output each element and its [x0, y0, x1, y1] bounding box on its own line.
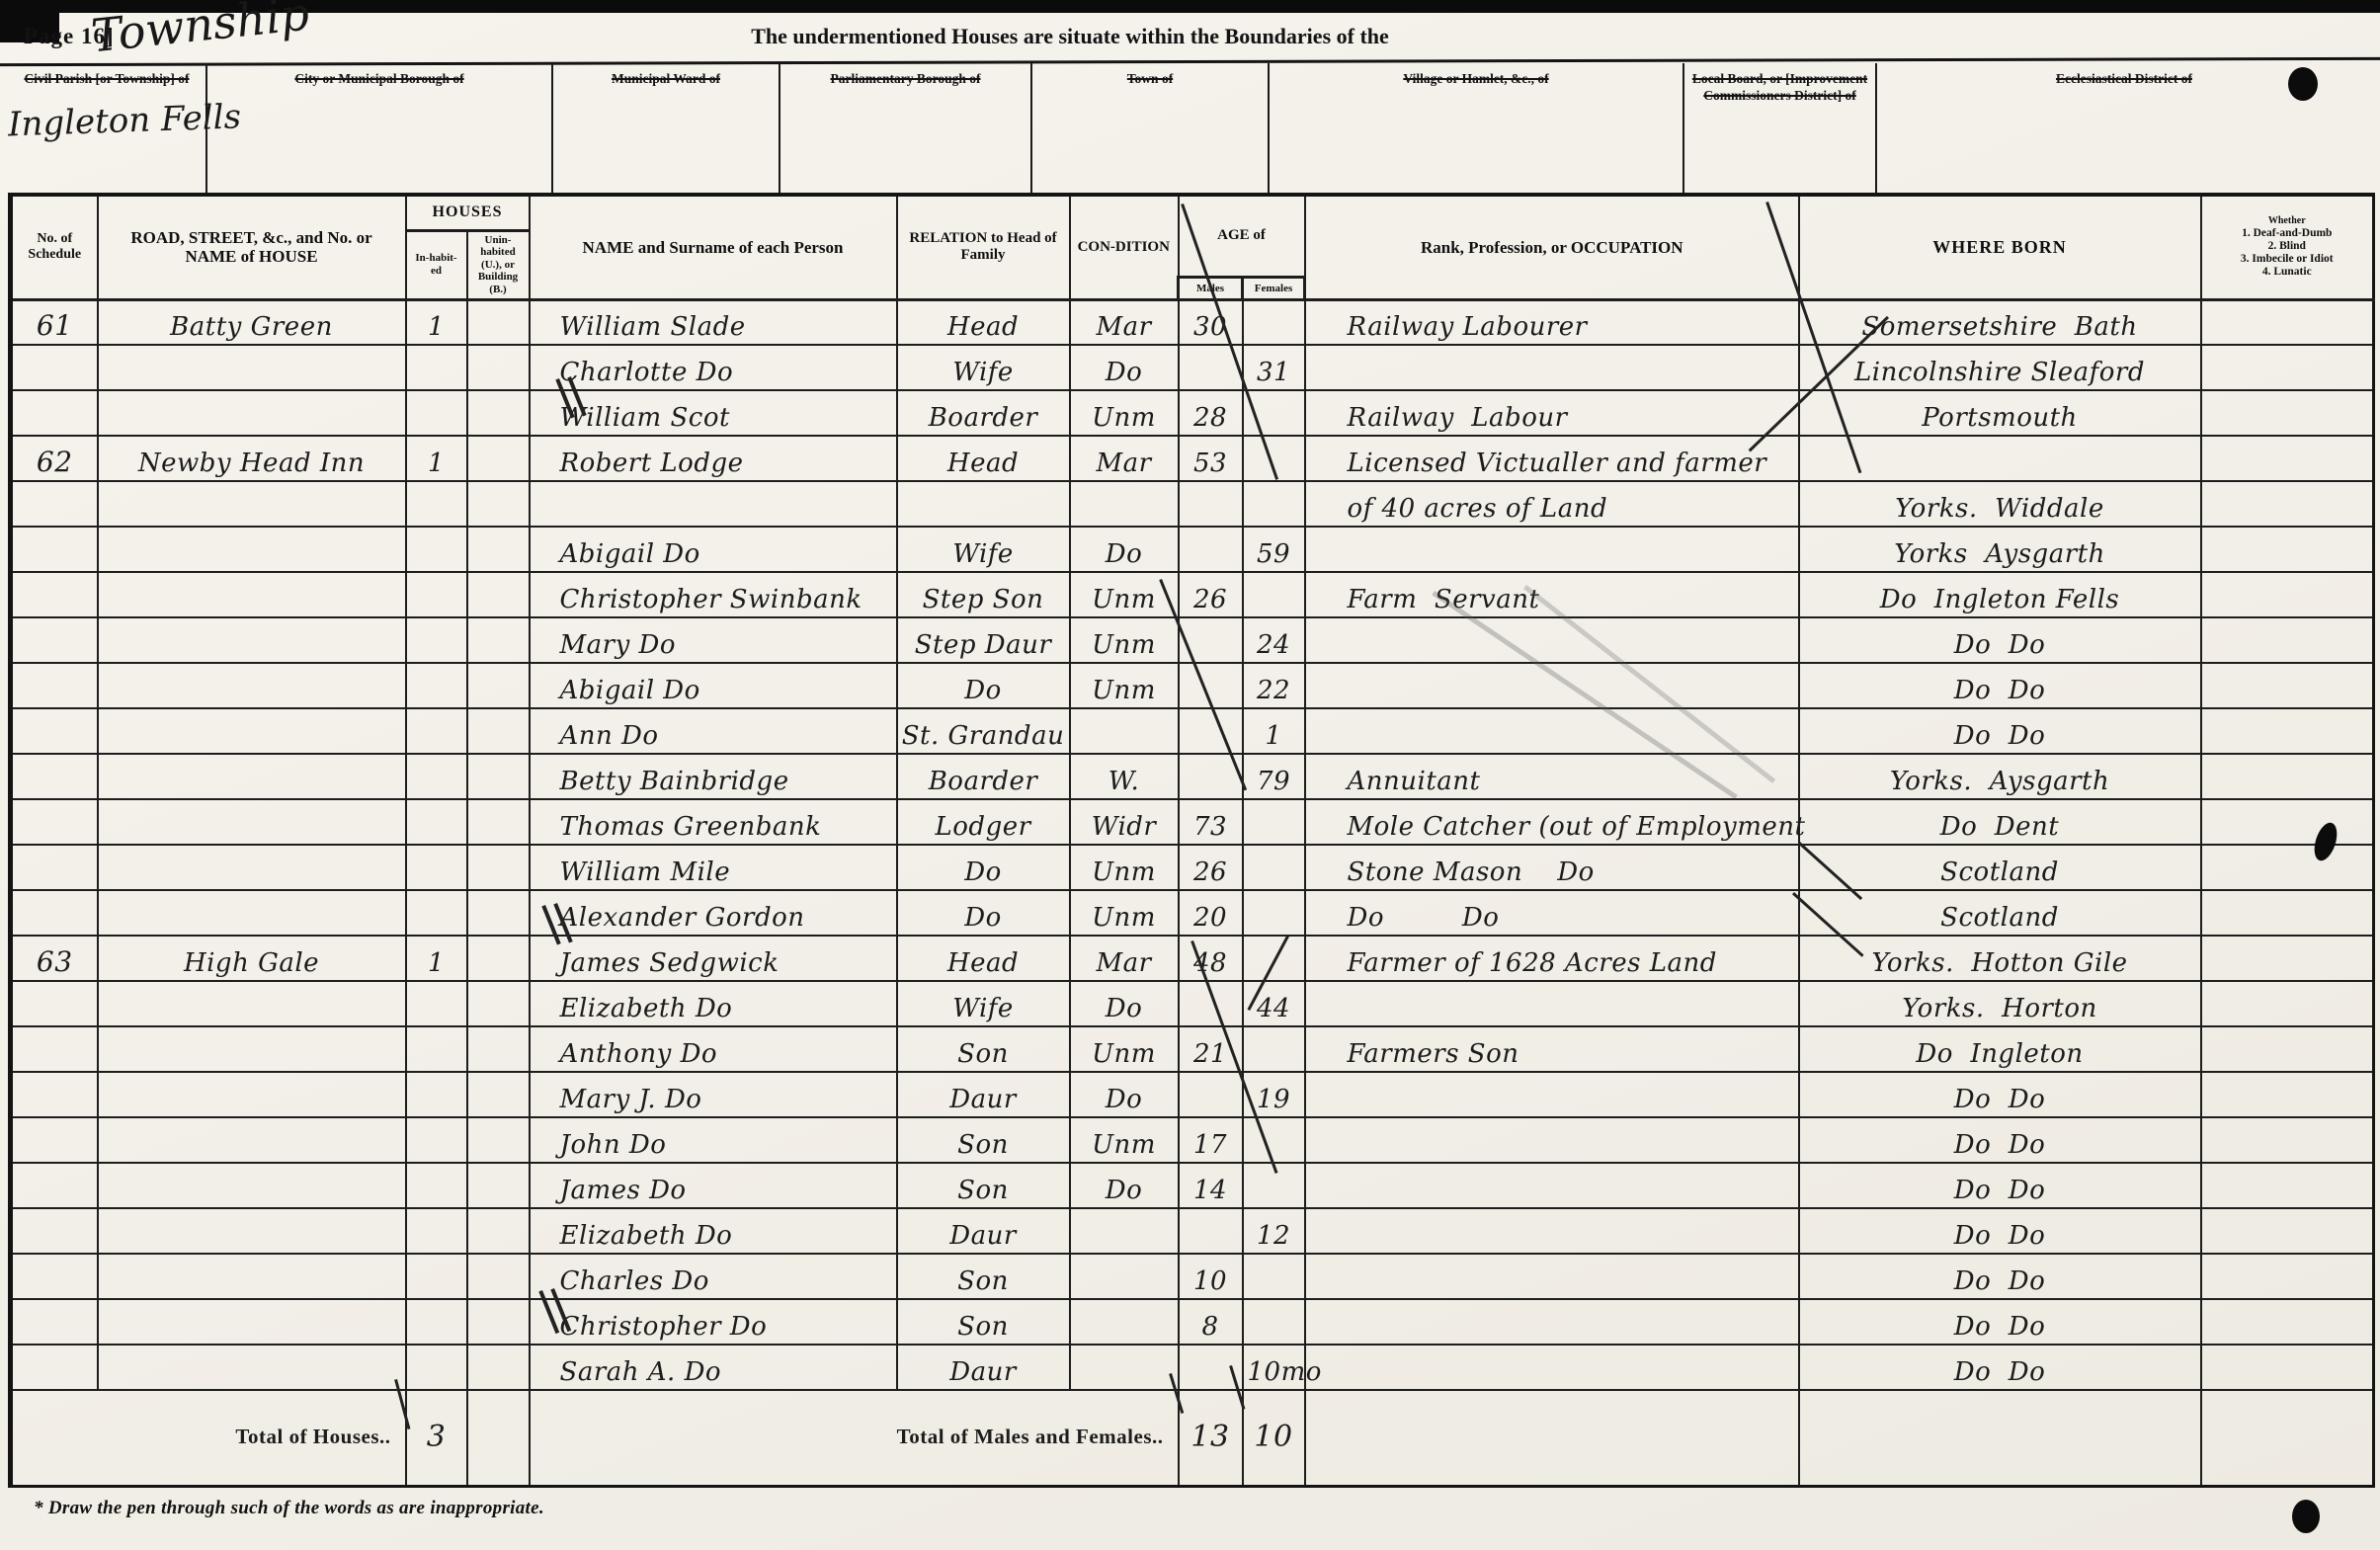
cell-condition: Unm [1070, 1026, 1179, 1072]
cell-infirmity [2201, 572, 2374, 617]
cell-occupation: Farmer of 1628 Acres Land [1305, 936, 1799, 981]
cell-road [98, 1254, 406, 1299]
cell-relation: Do [897, 890, 1070, 936]
cell-where-born: Do Do [1799, 1163, 2201, 1208]
boundary-column-label: Ecclesiastical District of [2056, 71, 2192, 88]
cell-occupation: Stone Mason Do [1305, 845, 1799, 890]
cell-schedule [11, 1072, 98, 1117]
cell-uninhabited [467, 299, 530, 345]
cell-age-male: 14 [1179, 1163, 1243, 1208]
boundary-column: Local Board, or [Improvement Commissione… [1682, 63, 1875, 193]
cell-where-born: Scotland [1799, 890, 2201, 936]
cell-where-born: Scotland [1799, 845, 2201, 890]
cell-name: Mary Do [530, 617, 897, 663]
total-houses-value: 3 [406, 1390, 467, 1486]
cell-relation: Head [897, 436, 1070, 481]
cell-uninhabited [467, 1163, 530, 1208]
cell-where-born: Do Do [1799, 617, 2201, 663]
cell-condition: Mar [1070, 299, 1179, 345]
cell-condition: Unm [1070, 890, 1179, 936]
cell-condition [1070, 708, 1179, 754]
cell-relation: Do [897, 845, 1070, 890]
cell-where-born: Do Do [1799, 1117, 2201, 1163]
cell-where-born: Do Do [1799, 708, 2201, 754]
cell-age-male: 10 [1179, 1254, 1243, 1299]
boundary-column-label: Village or Hamlet, &c., of [1403, 71, 1548, 88]
cell-inhabited [406, 1117, 467, 1163]
cell-uninhabited [467, 845, 530, 890]
cell-road: Batty Green [98, 299, 406, 345]
cell-occupation [1305, 1345, 1799, 1390]
table-row: Ann Do St. Grandau 1 Do Do [11, 708, 2374, 754]
cell-name: Robert Lodge [530, 436, 897, 481]
cell-relation: Daur [897, 1345, 1070, 1390]
cell-condition: Do [1070, 981, 1179, 1026]
cell-uninhabited [467, 345, 530, 390]
cell-infirmity [2201, 890, 2374, 936]
cell-road [98, 799, 406, 845]
cell-condition: Mar [1070, 436, 1179, 481]
cell-inhabited [406, 708, 467, 754]
cell-uninhabited [467, 890, 530, 936]
cell-age-female: 31 [1243, 345, 1305, 390]
table-row: Abigail Do Wife Do 59 Yorks Aysgarth [11, 527, 2374, 572]
cell-age-female: 1 [1243, 708, 1305, 754]
cell-age-female [1243, 436, 1305, 481]
cell-where-born: Do Do [1799, 1208, 2201, 1254]
table-row: Christopher Swinbank Step Son Unm 26 Far… [11, 572, 2374, 617]
cell-name: James Sedgwick [530, 936, 897, 981]
cell-road [98, 345, 406, 390]
cell-age-male [1179, 617, 1243, 663]
boundary-column-value [1270, 95, 1682, 110]
total-males-value: 13 [1179, 1390, 1243, 1486]
cell-age-female [1243, 799, 1305, 845]
cell-occupation [1305, 708, 1799, 754]
cell-infirmity [2201, 663, 2374, 708]
top-edge-bar [0, 0, 2380, 13]
cell-name: Christopher Swinbank [530, 572, 897, 617]
cell-relation [897, 481, 1070, 527]
table-row: 62 Newby Head Inn 1 Robert Lodge Head Ma… [11, 436, 2374, 481]
cell-where-born: Somersetshire Bath [1799, 299, 2201, 345]
cell-age-male [1179, 1345, 1243, 1390]
table-row: Thomas Greenbank Lodger Widr 73 Mole Cat… [11, 799, 2374, 845]
cell-inhabited [406, 1254, 467, 1299]
cell-name: Abigail Do [530, 663, 897, 708]
cell-name: Ann Do [530, 708, 897, 754]
cell-inhabited [406, 617, 467, 663]
cell-name: Christopher Do [530, 1299, 897, 1345]
cell-road: High Gale [98, 936, 406, 981]
cell-age-female: 59 [1243, 527, 1305, 572]
cell-age-female [1243, 481, 1305, 527]
col-header-schedule: No. of Schedule [11, 195, 98, 299]
boundary-column: Parliamentary Borough of [779, 63, 1030, 193]
table-header: No. of Schedule ROAD, STREET, &c., and N… [11, 195, 2374, 299]
col-header-inhabited: In-habit-ed [406, 230, 467, 299]
table-footer: Total of Houses.. 3 Total of Males and F… [11, 1390, 2374, 1486]
cell-condition: Do [1070, 527, 1179, 572]
cell-age-male: 73 [1179, 799, 1243, 845]
cell-road [98, 845, 406, 890]
cell-infirmity [2201, 754, 2374, 799]
cell-age-female [1243, 1299, 1305, 1345]
infirmity-item: 3. Imbecile or Idiot [2208, 253, 2367, 266]
cell-uninhabited [467, 1117, 530, 1163]
cell-condition: W. [1070, 754, 1179, 799]
cell-inhabited [406, 1026, 467, 1072]
col-header-condition: CON-DITION [1070, 195, 1179, 299]
table-row: Elizabeth Do Wife Do 44 Yorks. Horton [11, 981, 2374, 1026]
cell-inhabited [406, 481, 467, 527]
cell-relation: Son [897, 1299, 1070, 1345]
cell-condition: Unm [1070, 617, 1179, 663]
cell-inhabited: 1 [406, 436, 467, 481]
cell-occupation [1305, 617, 1799, 663]
cell-name: Abigail Do [530, 527, 897, 572]
table-row: Betty Bainbridge Boarder W. 79 Annuitant… [11, 754, 2374, 799]
cell-occupation [1305, 1163, 1799, 1208]
cell-uninhabited [467, 527, 530, 572]
cell-schedule [11, 390, 98, 436]
table-body: 61 Batty Green 1 William Slade Head Mar … [11, 299, 2374, 1390]
cell-occupation: Farm Servant [1305, 572, 1799, 617]
cell-occupation: Annuitant [1305, 754, 1799, 799]
cell-road [98, 527, 406, 572]
table-row: James Do Son Do 14 Do Do [11, 1163, 2374, 1208]
cell-infirmity [2201, 845, 2374, 890]
cell-schedule [11, 708, 98, 754]
cell-condition [1070, 1299, 1179, 1345]
cell-road [98, 708, 406, 754]
cell-road [98, 1026, 406, 1072]
cell-uninhabited [467, 572, 530, 617]
cell-where-born: Do Ingleton [1799, 1026, 2201, 1072]
col-header-road: ROAD, STREET, &c., and No. or NAME of HO… [98, 195, 406, 299]
cell-infirmity [2201, 345, 2374, 390]
cell-where-born: Yorks. Widdale [1799, 481, 2201, 527]
cell-relation: Daur [897, 1072, 1070, 1117]
cell-occupation [1305, 1299, 1799, 1345]
cell-infirmity [2201, 1254, 2374, 1299]
cell-where-born: Do Do [1799, 1345, 2201, 1390]
cell-name: Betty Bainbridge [530, 754, 897, 799]
cell-occupation [1305, 1117, 1799, 1163]
cell-occupation [1305, 1208, 1799, 1254]
cell-infirmity [2201, 617, 2374, 663]
cell-where-born: Do Ingleton Fells [1799, 572, 2201, 617]
cell-occupation: Do Do [1305, 890, 1799, 936]
cell-inhabited [406, 663, 467, 708]
table-row: Mary Do Step Daur Unm 24 Do Do [11, 617, 2374, 663]
cell-age-female [1243, 390, 1305, 436]
total-houses-label: Total of Houses.. [11, 1390, 406, 1486]
cell-inhabited [406, 1072, 467, 1117]
cell-condition: Do [1070, 1072, 1179, 1117]
cell-road [98, 1208, 406, 1254]
cell-schedule [11, 754, 98, 799]
cell-relation: Do [897, 663, 1070, 708]
boundary-column-value [1032, 98, 1268, 106]
census-table: No. of Schedule ROAD, STREET, &c., and N… [8, 193, 2375, 1488]
cell-age-male: 17 [1179, 1117, 1243, 1163]
cell-occupation: Farmers Son [1305, 1026, 1799, 1072]
cell-road [98, 754, 406, 799]
boundary-column: City or Municipal Borough of [205, 63, 551, 193]
table-row: 61 Batty Green 1 William Slade Head Mar … [11, 299, 2374, 345]
cell-road [98, 663, 406, 708]
cell-inhabited [406, 1299, 467, 1345]
col-header-name: NAME and Surname of each Person [530, 195, 897, 299]
cell-road [98, 1163, 406, 1208]
total-persons-label: Total of Males and Females.. [530, 1390, 1179, 1486]
cell-inhabited [406, 1163, 467, 1208]
table-row: Alexander Gordon Do Unm 20 Do Do Scotlan… [11, 890, 2374, 936]
cell-inhabited: 1 [406, 299, 467, 345]
cell-age-male: 28 [1179, 390, 1243, 436]
cell-relation: Boarder [897, 390, 1070, 436]
cell-name: William Scot [530, 390, 897, 436]
cell-age-female [1243, 890, 1305, 936]
cell-road [98, 1072, 406, 1117]
boundary-column-label: Local Board, or [Improvement Commissione… [1684, 71, 1875, 105]
cell-road: Newby Head Inn [98, 436, 406, 481]
col-header-age: AGE of [1179, 195, 1305, 277]
cell-age-male: 48 [1179, 936, 1243, 981]
cell-name: Charles Do [530, 1254, 897, 1299]
cell-infirmity [2201, 299, 2374, 345]
cell-relation: Son [897, 1254, 1070, 1299]
cell-schedule [11, 1299, 98, 1345]
cell-age-male [1179, 481, 1243, 527]
cell-occupation: of 40 acres of Land [1305, 481, 1799, 527]
table-row: Christopher Do Son 8 Do Do [11, 1299, 2374, 1345]
cell-occupation [1305, 1072, 1799, 1117]
census-sheet: Page 16] Township The undermentioned Hou… [0, 0, 2380, 1550]
cell-name: Mary J. Do [530, 1072, 897, 1117]
cell-schedule [11, 1117, 98, 1163]
cell-where-born: Lincolnshire Sleaford [1799, 345, 2201, 390]
cell-condition: Unm [1070, 1117, 1179, 1163]
table-row: Mary J. Do Daur Do 19 Do Do [11, 1072, 2374, 1117]
empty-cell [467, 1390, 530, 1486]
cell-age-male: 30 [1179, 299, 1243, 345]
cell-uninhabited [467, 663, 530, 708]
cell-name: Elizabeth Do [530, 1208, 897, 1254]
cell-inhabited [406, 981, 467, 1026]
col-header-occupation: Rank, Profession, or OCCUPATION [1305, 195, 1799, 299]
cell-schedule [11, 845, 98, 890]
cell-age-female: 24 [1243, 617, 1305, 663]
infirmity-title: Whether [2208, 215, 2367, 227]
empty-cell [2201, 1390, 2374, 1486]
cell-inhabited [406, 1345, 467, 1390]
cell-relation: Step Son [897, 572, 1070, 617]
cell-inhabited [406, 390, 467, 436]
cell-where-born: Yorks. Hotton Gile [1799, 936, 2201, 981]
cell-schedule [11, 1163, 98, 1208]
cell-age-female: 44 [1243, 981, 1305, 1026]
cell-condition [1070, 1208, 1179, 1254]
cell-age-male: 8 [1179, 1299, 1243, 1345]
cell-infirmity [2201, 1117, 2374, 1163]
cell-condition: Do [1070, 345, 1179, 390]
boundary-column-value [207, 96, 551, 108]
cell-uninhabited [467, 754, 530, 799]
cell-relation: Wife [897, 981, 1070, 1026]
cell-uninhabited [467, 1072, 530, 1117]
cell-schedule [11, 890, 98, 936]
cell-condition: Mar [1070, 936, 1179, 981]
cell-where-born: Yorks Aysgarth [1799, 527, 2201, 572]
cell-inhabited [406, 890, 467, 936]
cell-age-female [1243, 936, 1305, 981]
cell-where-born: Yorks. Aysgarth [1799, 754, 2201, 799]
cell-where-born: Do Do [1799, 1299, 2201, 1345]
boundary-column-label: Town of [1127, 71, 1173, 88]
cell-relation: Step Daur [897, 617, 1070, 663]
cell-age-male [1179, 1072, 1243, 1117]
cell-where-born: Do Do [1799, 1072, 2201, 1117]
cell-relation: Son [897, 1117, 1070, 1163]
cell-relation: Head [897, 299, 1070, 345]
cell-infirmity [2201, 1208, 2374, 1254]
cell-road [98, 981, 406, 1026]
cell-relation: Son [897, 1026, 1070, 1072]
table-row: John Do Son Unm 17 Do Do [11, 1117, 2374, 1163]
col-header-males: Males [1179, 277, 1243, 299]
cell-schedule [11, 527, 98, 572]
table-row: William Mile Do Unm 26 Stone Mason Do Sc… [11, 845, 2374, 890]
cell-name: James Do [530, 1163, 897, 1208]
cell-age-female [1243, 1254, 1305, 1299]
table-row: William Scot Boarder Unm 28 Railway Labo… [11, 390, 2374, 436]
cell-where-born [1799, 436, 2201, 481]
cell-relation: Wife [897, 345, 1070, 390]
cell-condition: Unm [1070, 845, 1179, 890]
cell-road [98, 1299, 406, 1345]
boundary-header-row: Civil Parish [or Township] of Ingleton F… [8, 63, 2371, 193]
cell-relation: Head [897, 936, 1070, 981]
cell-relation: Boarder [897, 754, 1070, 799]
boundary-column-label: Parliamentary Borough of [831, 71, 981, 88]
cell-name: John Do [530, 1117, 897, 1163]
cell-relation: Daur [897, 1208, 1070, 1254]
cell-uninhabited [467, 617, 530, 663]
cell-infirmity [2201, 799, 2374, 845]
cell-age-male [1179, 981, 1243, 1026]
cell-where-born: Do Do [1799, 663, 2201, 708]
cell-uninhabited [467, 1254, 530, 1299]
cell-age-male: 20 [1179, 890, 1243, 936]
cell-occupation: Licensed Victualler and farmer [1305, 436, 1799, 481]
cell-road [98, 1345, 406, 1390]
cell-uninhabited [467, 390, 530, 436]
cell-age-male [1179, 754, 1243, 799]
cell-condition: Unm [1070, 572, 1179, 617]
boundary-column-label: Civil Parish [or Township] of [24, 71, 189, 88]
cell-inhabited [406, 345, 467, 390]
cell-uninhabited [467, 1208, 530, 1254]
cell-infirmity [2201, 1345, 2374, 1390]
cell-uninhabited [467, 481, 530, 527]
total-females-value: 10 [1243, 1390, 1305, 1486]
cell-age-male: 53 [1179, 436, 1243, 481]
cell-infirmity [2201, 981, 2374, 1026]
cell-uninhabited [467, 799, 530, 845]
cell-schedule: 62 [11, 436, 98, 481]
cell-occupation [1305, 1254, 1799, 1299]
cell-age-female [1243, 1026, 1305, 1072]
cell-road [98, 1117, 406, 1163]
cell-inhabited [406, 572, 467, 617]
totals-row: Total of Houses.. 3 Total of Males and F… [11, 1390, 2374, 1486]
cell-age-female: 79 [1243, 754, 1305, 799]
boundary-column: Ecclesiastical District of [1875, 63, 2371, 193]
cell-age-female [1243, 299, 1305, 345]
empty-cell [1799, 1390, 2201, 1486]
cell-uninhabited [467, 708, 530, 754]
col-header-where-born: WHERE BORN [1799, 195, 2201, 299]
cell-condition [1070, 1254, 1179, 1299]
sheet-title: The undermentioned Houses are situate wi… [581, 24, 1559, 49]
col-header-infirmity: Whether 1. Deaf-and-Dumb 2. Blind 3. Imb… [2201, 195, 2374, 299]
boundary-column: Civil Parish [or Township] of Ingleton F… [8, 63, 205, 193]
cell-occupation: Railway Labour [1305, 390, 1799, 436]
col-header-uninhabited: Unin-habited (U.), or Building (B.) [467, 230, 530, 299]
cell-age-female: 12 [1243, 1208, 1305, 1254]
cell-occupation [1305, 527, 1799, 572]
cell-name: Alexander Gordon [530, 890, 897, 936]
cell-schedule [11, 1345, 98, 1390]
cell-age-female: 22 [1243, 663, 1305, 708]
cell-name: William Mile [530, 845, 897, 890]
cell-uninhabited [467, 1299, 530, 1345]
boundary-column-value [1877, 93, 2371, 110]
cell-age-female [1243, 1117, 1305, 1163]
cell-age-female: 10mo [1243, 1345, 1305, 1390]
table-row: Anthony Do Son Unm 21 Farmers Son Do Ing… [11, 1026, 2374, 1072]
cell-infirmity [2201, 936, 2374, 981]
cell-road [98, 572, 406, 617]
cell-inhabited [406, 1208, 467, 1254]
cell-infirmity [2201, 527, 2374, 572]
infirmity-item: 2. Blind [2208, 240, 2367, 253]
table-row: Charles Do Son 10 Do Do [11, 1254, 2374, 1299]
cell-uninhabited [467, 936, 530, 981]
boundary-column-label: Municipal Ward of [612, 71, 720, 88]
cell-condition: Widr [1070, 799, 1179, 845]
cell-age-male: 21 [1179, 1026, 1243, 1072]
cell-road [98, 390, 406, 436]
cell-condition [1070, 481, 1179, 527]
cell-occupation: Mole Catcher (out of Employment [1305, 799, 1799, 845]
cell-uninhabited [467, 981, 530, 1026]
cell-uninhabited [467, 1026, 530, 1072]
cell-condition: Do [1070, 1163, 1179, 1208]
cell-condition: Unm [1070, 390, 1179, 436]
cell-infirmity [2201, 1299, 2374, 1345]
boundary-column-value: Ingleton Fells [7, 99, 205, 145]
col-header-houses: HOUSES [406, 195, 530, 230]
cell-occupation: Railway Labourer [1305, 299, 1799, 345]
cell-relation: Son [897, 1163, 1070, 1208]
table-row: of 40 acres of Land Yorks. Widdale [11, 481, 2374, 527]
boundary-column-label: City or Municipal Borough of [294, 71, 463, 88]
cell-occupation [1305, 663, 1799, 708]
table-row: 63 High Gale 1 James Sedgwick Head Mar 4… [11, 936, 2374, 981]
